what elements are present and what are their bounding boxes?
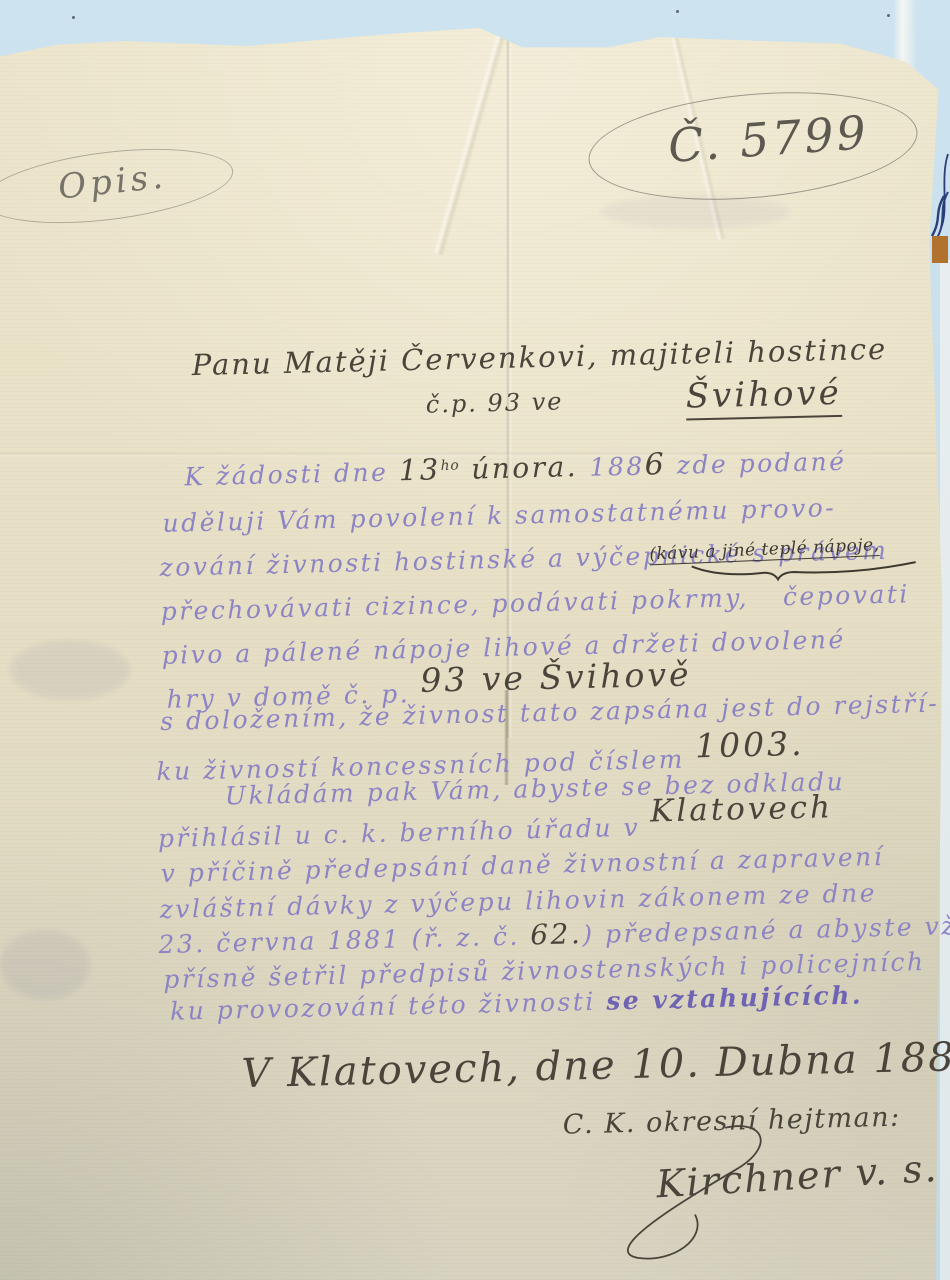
text-run: zde podané	[666, 447, 847, 480]
text-run: přechovávati cizince, podávati pokrmy,	[160, 583, 749, 626]
text-run: čepovati	[783, 579, 911, 611]
addressee-house-number: č.p. 93 ve	[425, 387, 563, 418]
text-run: 93 ve Švihově	[420, 654, 692, 699]
insertion-gap	[749, 605, 783, 606]
photo-of-letter: Č. 5799 Opis. Panu Matěji Červenkovi, ma…	[0, 0, 950, 1280]
text-run: ho	[440, 458, 460, 474]
text-run: 1003.	[695, 724, 805, 766]
dateline: V Klatovech, dne 10. Dubna 1886.	[241, 1033, 950, 1097]
text-run: 23. června 1881 (ř. z. č.	[158, 921, 531, 959]
text-run: 13	[398, 452, 441, 487]
letter-line: uděluji Vám povolení k samostatnému prov…	[162, 493, 836, 538]
letter-line: K žádosti dne 13ho února. 1886 zde podan…	[184, 443, 847, 494]
text-run: ) předepsané a abyste vždy	[582, 910, 950, 949]
text-run: ku provozování této živnosti	[170, 987, 607, 1026]
text-run: 6	[644, 447, 666, 482]
letter-text-layer: Panu Matěji Červenkovi, majiteli hostinc…	[0, 0, 950, 1280]
text-run: se vztahujících.	[606, 981, 863, 1016]
text-run: 188	[589, 452, 645, 482]
letter-line: přechovávati cizince, podávati pokrmy,če…	[160, 579, 910, 626]
text-run: K žádosti dne	[184, 457, 399, 491]
text-run: přihlásil u c. k. berního úřadu v	[158, 812, 651, 853]
text-run: února.	[459, 450, 589, 486]
text-run: Klatovech	[650, 789, 834, 829]
signature-flourish	[575, 1114, 878, 1271]
addressee-town: Švihové	[685, 373, 842, 421]
text-run: 62.	[530, 917, 583, 951]
